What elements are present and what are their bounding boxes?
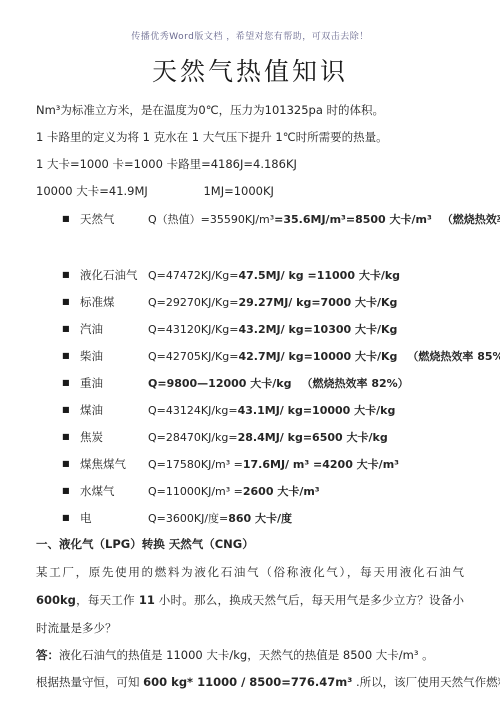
fuel-value: Q=11000KJ/m³ =2600 大卡/m³ [148,483,320,499]
paragraph-calorie-definition: 1 卡路里的定义为将 1 克水在 1 大气压下提升 1℃时所需要的热量。 [36,124,464,151]
bullet-square-icon [62,378,80,387]
fuel-label: 煤焦煤气 [80,456,148,472]
answer-text: 液化石油气的热值是 11000 大卡/kg，天然气的热值是 8500 大卡/m³… [59,648,434,662]
fuel-label: 汽油 [80,321,148,337]
fuel-value: Q=3600KJ/度=860 大卡/度 [148,510,292,526]
fuel-label: 柴油 [80,348,148,364]
list-item-water-gas: 水煤气 Q=11000KJ/m³ =2600 大卡/m³ [62,477,500,504]
bullet-square-icon [62,486,80,495]
fuel-value: Q=29270KJ/Kg=29.27MJ/ kg=7000 大卡/Kg [148,294,397,310]
list-item-standard-coal: 标准煤 Q=29270KJ/Kg=29.27MJ/ kg=7000 大卡/Kg [62,288,500,315]
fuel-label: 天然气 [80,211,148,227]
paragraph-kcal-conversion: 1 大卡=1000 卡=1000 卡路里=4186J=4.186KJ [36,151,464,178]
fuel-label: 重油 [80,375,148,391]
section-heading-lpg-to-cng: 一、液化气（LPG）转换 天然气（CNG） [36,531,464,558]
fuel-label: 水煤气 [80,483,148,499]
fuel-value: Q=43124KJ/kg=43.1MJ/ kg=10000 大卡/kg [148,402,395,418]
paragraph-answer: 答：液化石油气的热值是 11000 大卡/kg，天然气的热值是 8500 大卡/… [36,642,464,669]
intro-section: Nm³为标准立方米，是在温度为0℃，压力为101325pa 时的体积。 1 卡路… [0,97,500,205]
answer-label: 答： [36,648,59,662]
bullet-square-icon [62,214,80,223]
list-item-coke-oven-gas: 煤焦煤气 Q=17580KJ/m³ =17.6MJ/ m³ =4200 大卡/m… [62,450,500,477]
fuel-value: Q=28470KJ/kg=28.4MJ/ kg=6500 大卡/kg [148,429,388,445]
paragraph-factory-question: 某工厂，原先使用的燃料为液化石油气（俗称液化气），每天用液化石油气 600kg，… [36,558,464,642]
fuel-label: 液化石油气 [80,267,148,283]
bullet-square-icon [62,459,80,468]
list-item-lpg: 液化石油气 Q=47472KJ/Kg=47.5MJ/ kg =11000 大卡/… [62,261,500,288]
list-item-kerosene: 煤油 Q=43124KJ/kg=43.1MJ/ kg=10000 大卡/kg [62,396,500,423]
fuel-value: Q=47472KJ/Kg=47.5MJ/ kg =11000 大卡/kg [148,267,400,283]
document-page: 传播优秀Word版文档 ，希望对您有帮助，可双击去除！ 天然气热值知识 Nm³为… [0,0,500,708]
bullet-square-icon [62,297,80,306]
mj-conversion-right: 1MJ=1000KJ [203,184,273,198]
page-title: 天然气热值知识 [0,54,500,90]
list-item-coke: 焦炭 Q=28470KJ/kg=28.4MJ/ kg=6500 大卡/kg [62,423,500,450]
list-item-electricity: 电 Q=3600KJ/度=860 大卡/度 [62,504,500,531]
list-item-natural-gas: 天然气 Q（热值）=35590KJ/m³=35.6MJ/m³=8500 大卡/m… [62,205,500,232]
fuel-label: 煤油 [80,402,148,418]
fuel-heat-value-list: 天然气 Q（热值）=35590KJ/m³=35.6MJ/m³=8500 大卡/m… [0,205,500,531]
fuel-label: 电 [80,510,148,526]
fuel-value: Q=43120KJ/Kg=43.2MJ/ kg=10300 大卡/Kg [148,321,397,337]
mj-conversion-left: 10000 大卡=41.9MJ [36,184,148,198]
list-item-gasoline: 汽油 Q=43120KJ/Kg=43.2MJ/ kg=10300 大卡/Kg [62,315,500,342]
fuel-value: Q=9800—12000 大卡/kg（燃烧热效率 82%） [148,375,409,391]
bullet-square-icon [62,432,80,441]
list-item-heavy-oil: 重油 Q=9800—12000 大卡/kg（燃烧热效率 82%） [62,369,500,396]
fuel-label: 标准煤 [80,294,148,310]
bullet-square-icon [62,324,80,333]
fuel-value: Q（热值）=35590KJ/m³=35.6MJ/m³=8500 大卡/m³（燃烧… [148,211,500,227]
bullet-square-icon [62,405,80,414]
paragraph-mj-conversion: 10000 大卡=41.9MJ 1MJ=1000KJ [36,178,464,205]
bullet-square-icon [62,351,80,360]
paragraph-nm3-definition: Nm³为标准立方米，是在温度为0℃，压力为101325pa 时的体积。 [36,97,464,124]
watermark-banner[interactable]: 传播优秀Word版文档 ，希望对您有帮助，可双击去除！ [0,0,500,43]
bullet-square-icon [62,270,80,279]
list-item-diesel: 柴油 Q=42705KJ/Kg=42.7MJ/ kg=10000 大卡/Kg（燃… [62,342,500,369]
fuel-value: Q=17580KJ/m³ =17.6MJ/ m³ =4200 大卡/m³ [148,456,399,472]
fuel-value: Q=42705KJ/Kg=42.7MJ/ kg=10000 大卡/Kg（燃烧热效… [148,348,500,364]
fuel-label: 焦炭 [80,429,148,445]
paragraph-calculation: 根据热量守恒，可知 600 kg* 11000 / 8500=776.47m³ … [36,669,464,696]
bullet-square-icon [62,513,80,522]
